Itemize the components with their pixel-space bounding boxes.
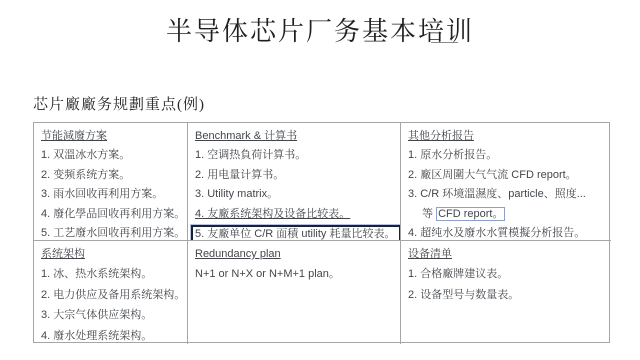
list-item: 2. 设备型号与数量表。 xyxy=(408,285,607,306)
table-cell-redundancy-plan: Redundancy planN+1 or N+X or N+M+1 plan。 xyxy=(188,241,401,344)
list-item: 3. Utility matrix。 xyxy=(195,185,396,205)
list-item: 4. 友廠系统架构及设备比较表。 xyxy=(195,205,396,225)
list-item: 2. 变频系统方案。 xyxy=(41,166,183,186)
list-item: 3. 雨水回收再利用方案。 xyxy=(41,185,183,205)
list-item[interactable]: 5. 友廠单位 C/R 面積 utility 耗量比较表。 xyxy=(191,225,401,241)
list-item: 1. 双溫冰水方案。 xyxy=(41,146,183,166)
continuation-prefix: 等 xyxy=(422,208,436,220)
table-cell-energy-saving-waste-reduction: 节能減廢方案1. 双溫冰水方案。2. 变频系统方案。3. 雨水回收再利用方案。4… xyxy=(34,123,188,241)
list-item: 4. 廢化學品回收再利用方案。 xyxy=(41,205,183,225)
page-title: 半导体芯片厂务基本培训 xyxy=(0,11,640,48)
list-item: 2. 电力供应及备用系统架构。 xyxy=(41,285,183,306)
list-item: 1. 合格廠牌建议表。 xyxy=(408,264,607,285)
list-item: 1. 空调热負荷计算书。 xyxy=(195,146,396,166)
cell-header-benchmark-calculation: Benchmark & 计算书 xyxy=(195,127,396,146)
list-item: 3. C/R 环境溫濕度、particle、照度... xyxy=(408,185,607,205)
list-item-continuation: 等 CFD report。 xyxy=(408,205,607,225)
list-item: 2. 廠区周圍大气气流 CFD report。 xyxy=(408,166,607,186)
list-item: 4. 超纯水及廢水水質模擬分析报告。 xyxy=(408,224,607,241)
cell-header-system-architecture: 系统架构 xyxy=(41,245,183,264)
list-item: N+1 or N+X or N+M+1 plan。 xyxy=(195,264,396,285)
list-item: 4. 廢水处理系统架构。 xyxy=(41,326,183,345)
table-cell-benchmark-calculation: Benchmark & 计算书1. 空调热負荷计算书。2. 用电量计算书。3. … xyxy=(188,123,401,241)
table-cell-other-analysis-reports: 其他分析报告1. 原水分析报告。2. 廠区周圍大气气流 CFD report。3… xyxy=(401,123,611,241)
section-heading: 芯片廠廠务规劃重点(例) xyxy=(33,93,205,114)
planning-table: 节能減廢方案1. 双溫冰水方案。2. 变频系统方案。3. 雨水回收再利用方案。4… xyxy=(33,122,610,343)
table-cell-equipment-list: 设备清单1. 合格廠牌建议表。2. 设备型号与数量表。 xyxy=(401,241,611,344)
cell-header-energy-saving-waste-reduction: 节能減廢方案 xyxy=(41,127,183,146)
list-item: 1. 原水分析报告。 xyxy=(408,146,607,166)
cell-header-other-analysis-reports: 其他分析报告 xyxy=(408,127,607,146)
table-cell-system-architecture: 系统架构1. 冰、热水系统架构。2. 电力供应及备用系统架构。3. 大宗气体供应… xyxy=(34,241,188,344)
title-underline-mark xyxy=(431,42,458,43)
list-item: 5. 工艺廢水回收再利用方案。 xyxy=(41,224,183,241)
cell-header-redundancy-plan: Redundancy plan xyxy=(195,245,396,264)
list-item: 2. 用电量计算书。 xyxy=(195,166,396,186)
highlighted-inline-text[interactable]: CFD report。 xyxy=(436,207,505,221)
list-item: 1. 冰、热水系统架构。 xyxy=(41,264,183,285)
list-item: 3. 大宗气体供应架构。 xyxy=(41,305,183,326)
cell-header-equipment-list: 设备清单 xyxy=(408,245,607,264)
